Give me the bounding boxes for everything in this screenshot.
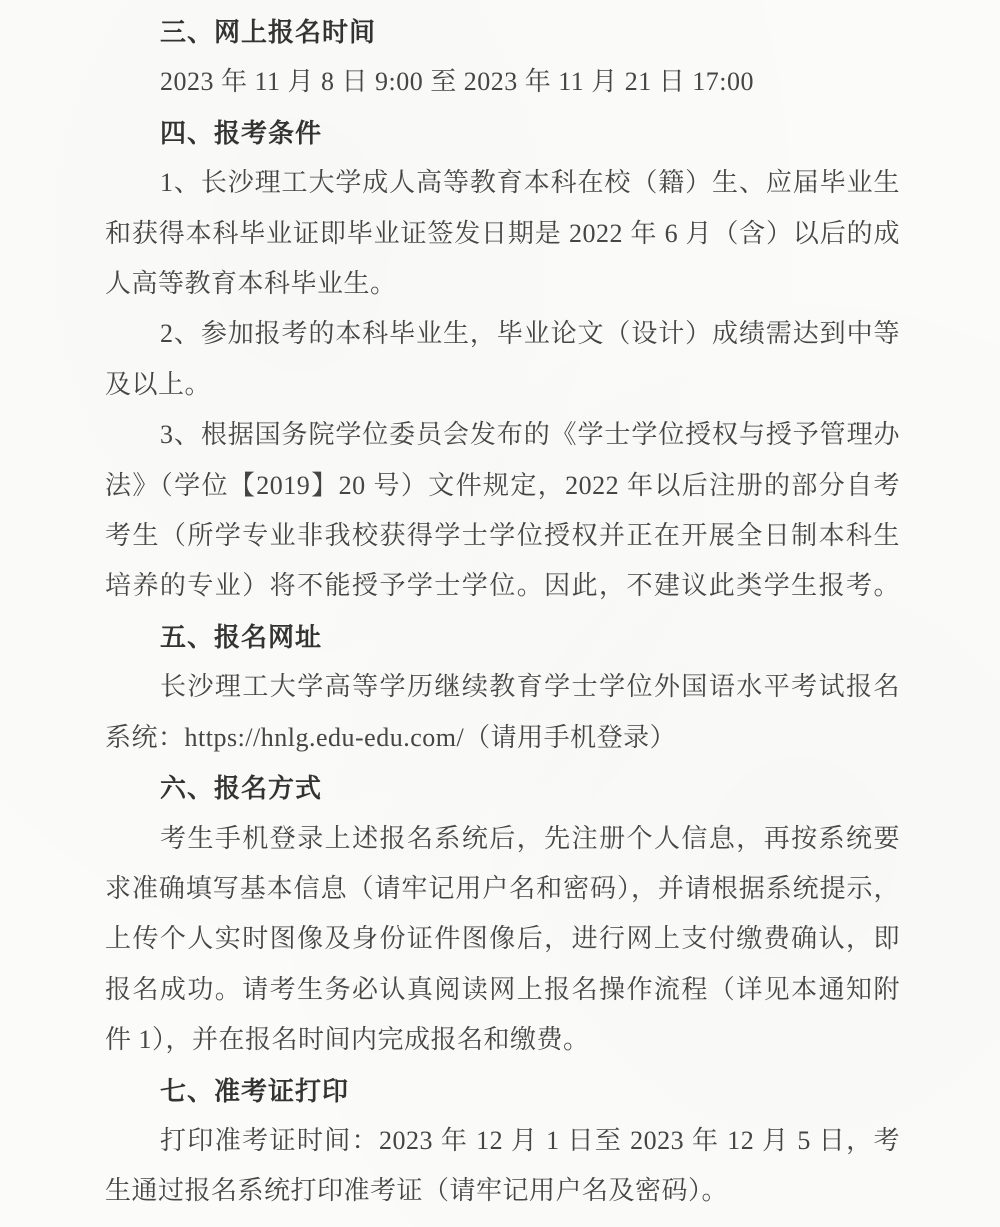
section-registration-method: 六、报名方式 考生手机登录上述报名系统后，先注册个人信息，再按系统要 求准确填写… [105,763,900,1065]
method-line-5: 件 1），并在报名时间内完成报名和缴费。 [105,1015,900,1065]
registration-url-line: 系统：https://hnlg.edu-edu.com/（请用手机登录） [105,713,900,763]
heading-application-conditions: 四、报考条件 [105,108,900,158]
registration-time-value: 2023 年 11 月 8 日 9:00 至 2023 年 11 月 21 日 … [105,57,900,107]
condition-3-line-2: 法》（学位【2019】20 号）文件规定，2022 年以后注册的部分自考 [105,461,900,511]
condition-2-line-1: 2、参加报考的本科毕业生，毕业论文（设计）成绩需达到中等 [105,309,900,359]
website-line-1: 长沙理工大学高等学历继续教育学士学位外国语水平考试报名 [105,662,900,712]
method-line-3: 上传个人实时图像及身份证件图像后，进行网上支付缴费确认，即 [105,914,900,964]
heading-registration-method: 六、报名方式 [105,763,900,813]
method-line-1: 考生手机登录上述报名系统后，先注册个人信息，再按系统要 [105,814,900,864]
condition-3-line-4: 培养的专业）将不能授予学士学位。因此，不建议此类学生报考。 [105,561,900,611]
condition-1-line-3: 人高等教育本科毕业生。 [105,259,900,309]
section-admission-ticket-printing: 七、准考证打印 打印准考证时间：2023 年 12 月 1 日至 2023 年 … [105,1066,900,1217]
heading-online-registration-time: 三、网上报名时间 [105,7,900,57]
section-online-registration-time: 三、网上报名时间 2023 年 11 月 8 日 9:00 至 2023 年 1… [105,7,900,108]
condition-1-line-1: 1、长沙理工大学成人高等教育本科在校（籍）生、应届毕业生 [105,158,900,208]
ticket-print-line-2: 生通过报名系统打印准考证（请牢记用户名及密码）。 [105,1166,900,1216]
ticket-print-line-1: 打印准考证时间：2023 年 12 月 1 日至 2023 年 12 月 5 日… [105,1116,900,1166]
section-registration-website: 五、报名网址 长沙理工大学高等学历继续教育学士学位外国语水平考试报名 系统：ht… [105,612,900,763]
document-page: 三、网上报名时间 2023 年 11 月 8 日 9:00 至 2023 年 1… [0,0,1000,1227]
heading-registration-website: 五、报名网址 [105,612,900,662]
condition-3-line-1: 3、根据国务院学位委员会发布的《学士学位授权与授予管理办 [105,410,900,460]
method-line-4: 报名成功。请考生务必认真阅读网上报名操作流程（详见本通知附 [105,965,900,1015]
condition-1-line-2: 和获得本科毕业证即毕业证签发日期是 2022 年 6 月（含）以后的成 [105,209,900,259]
condition-3-line-3: 考生（所学专业非我校获得学士学位授权并正在开展全日制本科生 [105,511,900,561]
method-line-2: 求准确填写基本信息（请牢记用户名和密码），并请根据系统提示， [105,864,900,914]
section-application-conditions: 四、报考条件 1、长沙理工大学成人高等教育本科在校（籍）生、应届毕业生 和获得本… [105,108,900,612]
condition-2-line-2: 及以上。 [105,360,900,410]
heading-admission-ticket-printing: 七、准考证打印 [105,1066,900,1116]
